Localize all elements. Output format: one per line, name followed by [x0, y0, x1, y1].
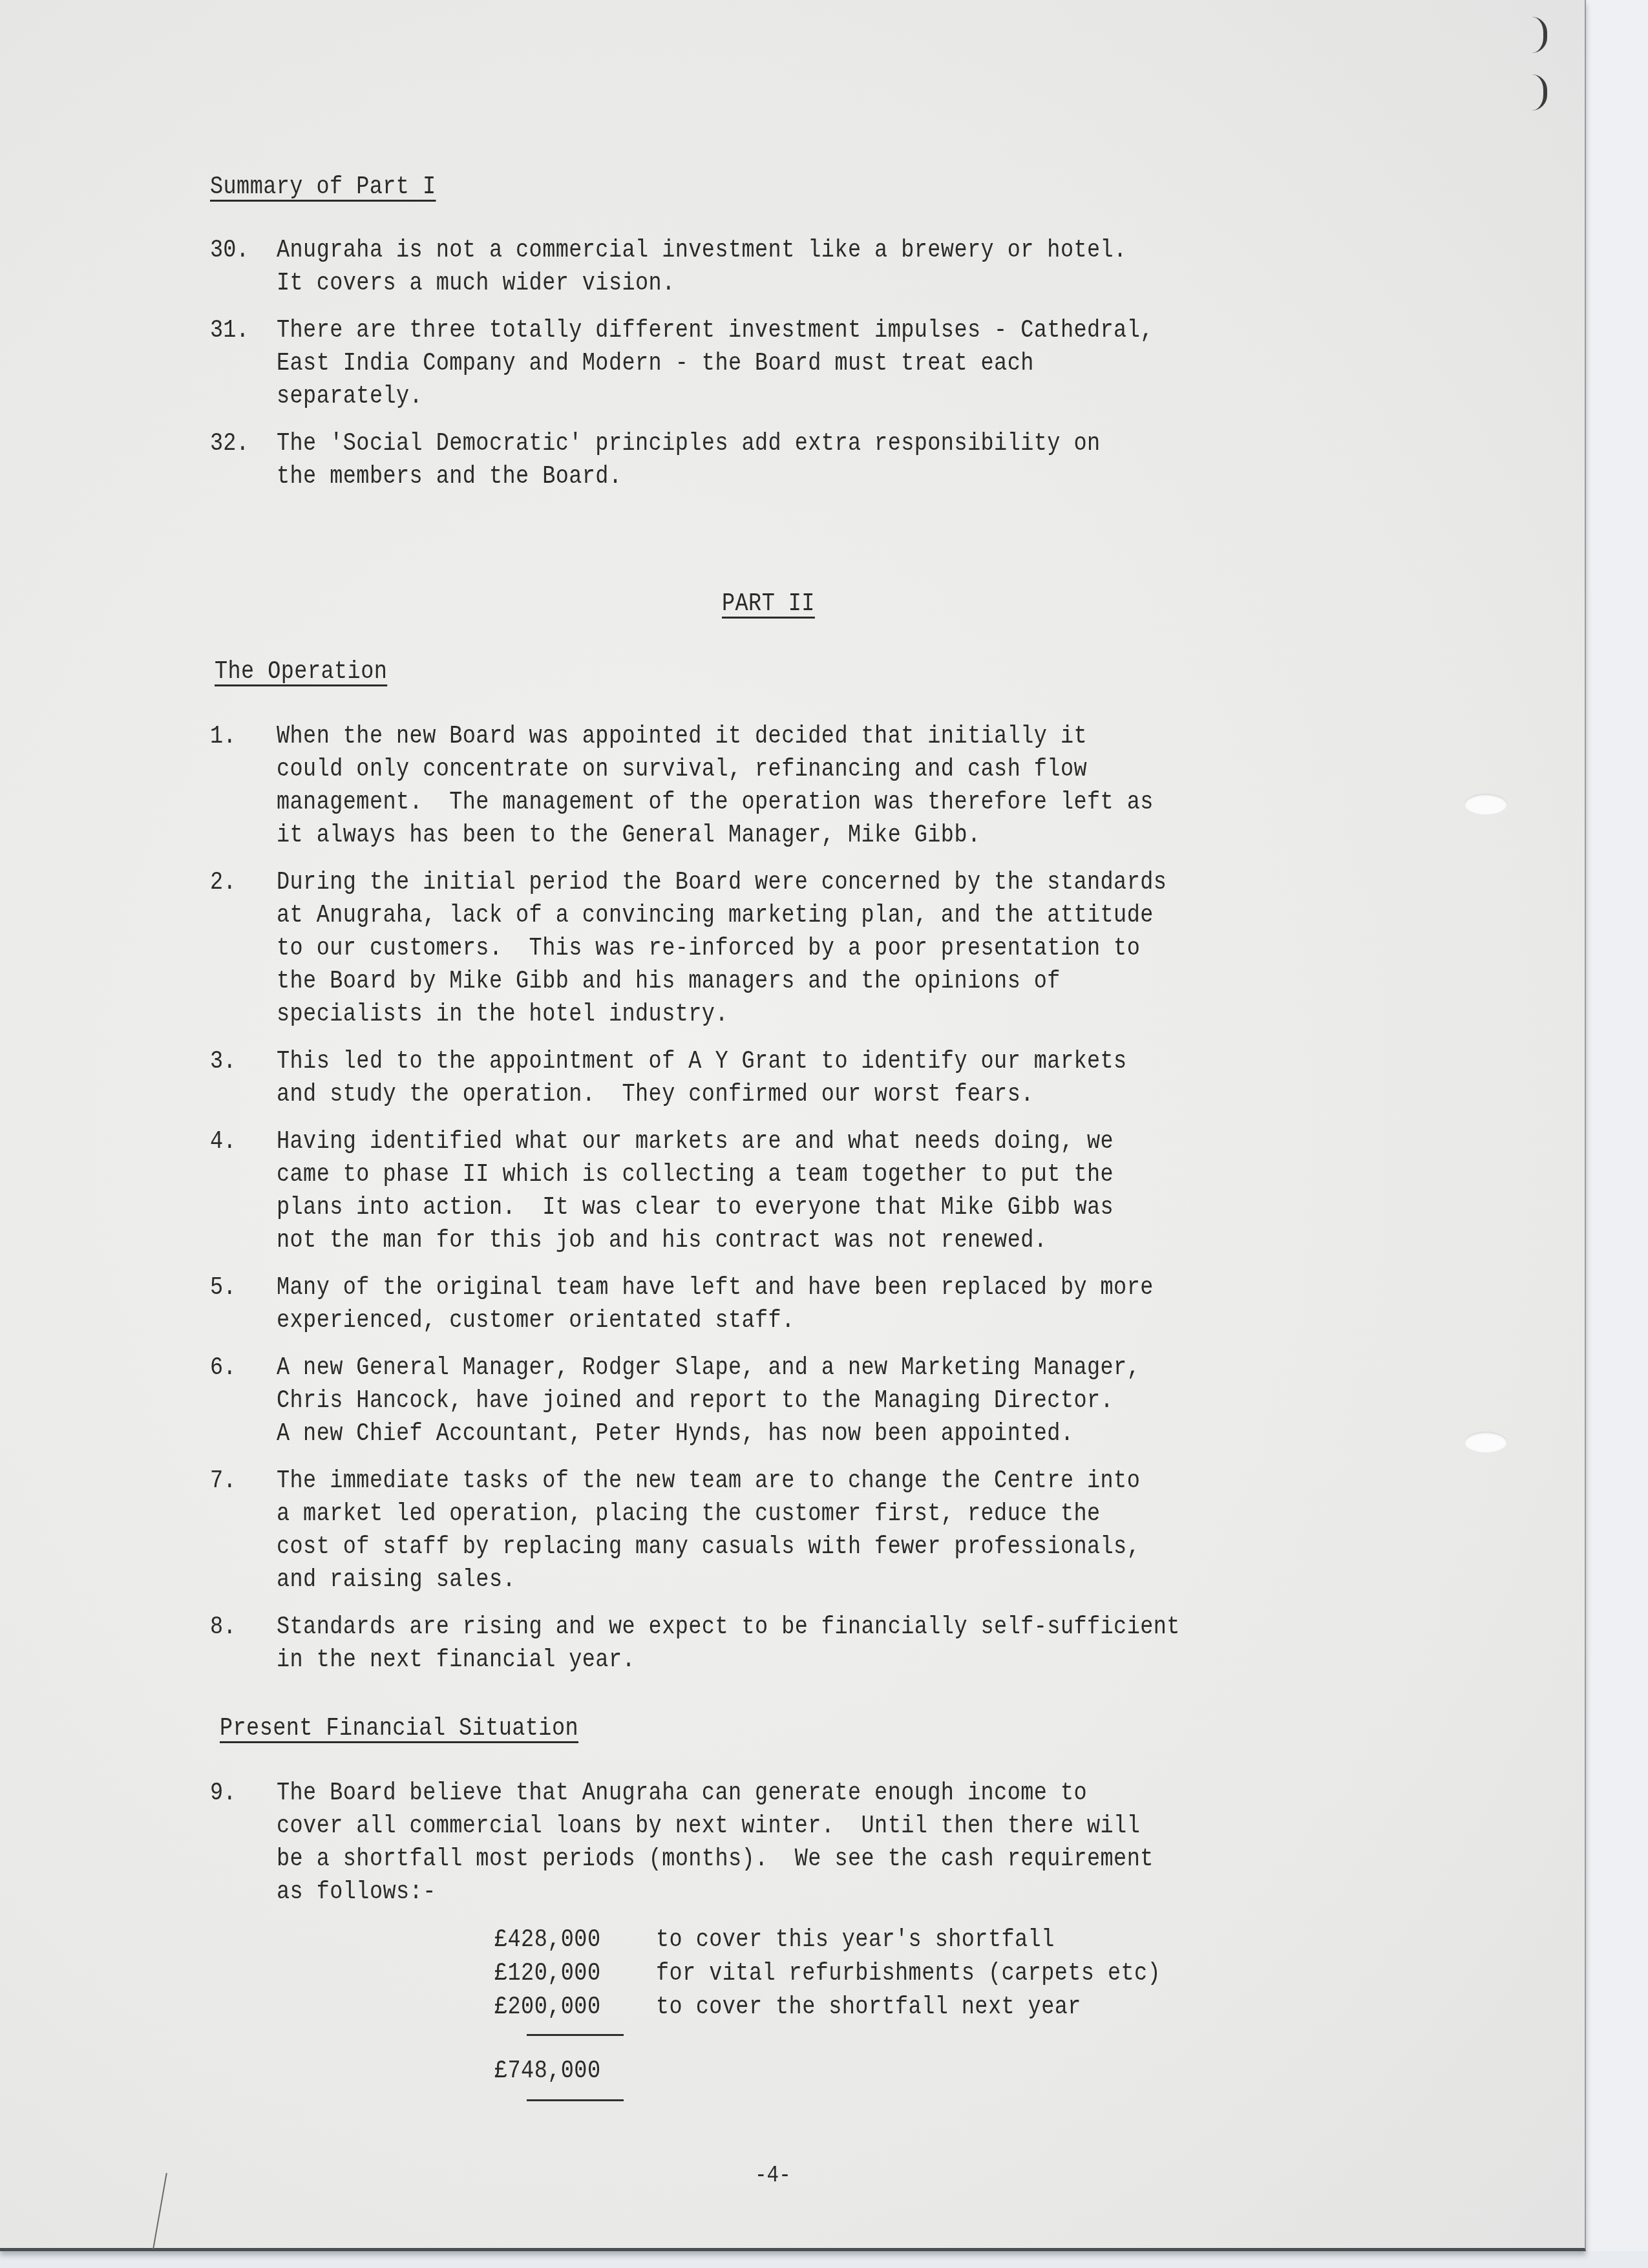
paragraph-line: It covers a much wider vision.: [277, 271, 675, 296]
scan-mark: [153, 2173, 167, 2250]
paragraph-number: 5.: [210, 1275, 236, 1300]
staple-icon: [1532, 17, 1547, 53]
paragraph-line: separately.: [277, 384, 423, 409]
section-heading-finance: Present Financial Situation: [220, 1716, 578, 1741]
paragraph-number: 31.: [210, 318, 249, 343]
paragraph-line: management. The management of the operat…: [277, 790, 1154, 815]
paragraph-number: 9.: [210, 1781, 236, 1806]
paragraph-line: not the man for this job and his contrac…: [277, 1228, 1047, 1253]
paragraph-line: The Board believe that Anugraha can gene…: [277, 1781, 1087, 1806]
paragraph-line: specialists in the hotel industry.: [277, 1002, 728, 1027]
paragraph-line: could only concentrate on survival, refi…: [277, 757, 1087, 782]
punch-hole-icon: [1464, 794, 1507, 814]
staple-icon: [1532, 74, 1547, 111]
paragraph-line: A new General Manager, Rodger Slape, and…: [277, 1355, 1140, 1381]
page-number: -4-: [755, 2162, 791, 2189]
sum-rule: [527, 2034, 624, 2036]
scan-background-right: [1586, 0, 1648, 2268]
paragraph-line: Having identified what our markets are a…: [277, 1129, 1114, 1154]
paragraph-number: 4.: [210, 1129, 236, 1154]
cash-description: for vital refurbishments (carpets etc): [656, 1961, 1161, 1986]
paragraph-line: cost of staff by replacing many casuals …: [277, 1534, 1140, 1560]
section-heading-operation: The Operation: [215, 659, 387, 684]
cash-total: £748,000: [494, 2059, 600, 2084]
paragraph-line: Many of the original team have left and …: [277, 1275, 1154, 1300]
paragraph-line: There are three totally different invest…: [277, 318, 1154, 343]
paragraph-number: 8.: [210, 1615, 236, 1640]
section-heading-summary: Summary of Part I: [210, 175, 436, 200]
paragraph-line: During the initial period the Board were…: [277, 870, 1167, 895]
paragraph-line: at Anugraha, lack of a convincing market…: [277, 903, 1154, 928]
paragraph-line: and study the operation. They confirmed …: [277, 1082, 1034, 1107]
scan-background-bottom: [0, 2251, 1648, 2268]
paragraph-line: be a shortfall most periods (months). We…: [277, 1847, 1154, 1872]
paragraph-number: 3.: [210, 1049, 236, 1074]
paragraph-line: East India Company and Modern - the Boar…: [277, 351, 1034, 376]
paragraph-line: experienced, customer orientated staff.: [277, 1308, 795, 1333]
paragraph-line: came to phase II which is collecting a t…: [277, 1162, 1114, 1187]
paragraph-line: as follows:-: [277, 1880, 436, 1905]
paragraph-line: When the new Board was appointed it deci…: [277, 724, 1087, 749]
paragraph-line: Chris Hancock, have joined and report to…: [277, 1388, 1114, 1414]
cash-description: to cover this year's shortfall: [656, 1927, 1055, 1953]
paragraph-line: it always has been to the General Manage…: [277, 823, 981, 848]
total-rule: [527, 2099, 624, 2101]
paragraph-line: A new Chief Accountant, Peter Hynds, has…: [277, 1421, 1073, 1447]
paragraph-number: 6.: [210, 1355, 236, 1381]
paragraph-line: The immediate tasks of the new team are …: [277, 1468, 1140, 1494]
paragraph-number: 32.: [210, 431, 249, 456]
cash-amount: £428,000: [494, 1927, 600, 1953]
paragraph-line: the Board by Mike Gibb and his managers …: [277, 969, 1061, 994]
paragraph-number: 1.: [210, 724, 236, 749]
paragraph-line: This led to the appointment of A Y Grant…: [277, 1049, 1127, 1074]
part-heading: PART II: [722, 591, 815, 617]
paragraph-line: and raising sales.: [277, 1567, 516, 1593]
paragraph-number: 30.: [210, 238, 249, 263]
paragraph-line: to our customers. This was re-inforced b…: [277, 936, 1140, 961]
paragraph-line: Anugraha is not a commercial investment …: [277, 238, 1127, 263]
punch-hole-icon: [1464, 1432, 1507, 1452]
cash-amount: £200,000: [494, 1995, 600, 2020]
paragraph-line: the members and the Board.: [277, 464, 622, 489]
paragraph-line: a market led operation, placing the cust…: [277, 1501, 1101, 1527]
document-page: Summary of Part I30.Anugraha is not a co…: [0, 0, 1586, 2251]
paragraph-number: 7.: [210, 1468, 236, 1494]
paragraph-line: plans into action. It was clear to every…: [277, 1195, 1114, 1220]
paragraph-line: cover all commercial loans by next winte…: [277, 1814, 1140, 1839]
cash-description: to cover the shortfall next year: [656, 1995, 1081, 2020]
paragraph-number: 2.: [210, 870, 236, 895]
paragraph-line: The 'Social Democratic' principles add e…: [277, 431, 1101, 456]
paragraph-line: in the next financial year.: [277, 1648, 635, 1673]
cash-amount: £120,000: [494, 1961, 600, 1986]
paragraph-line: Standards are rising and we expect to be…: [277, 1615, 1180, 1640]
